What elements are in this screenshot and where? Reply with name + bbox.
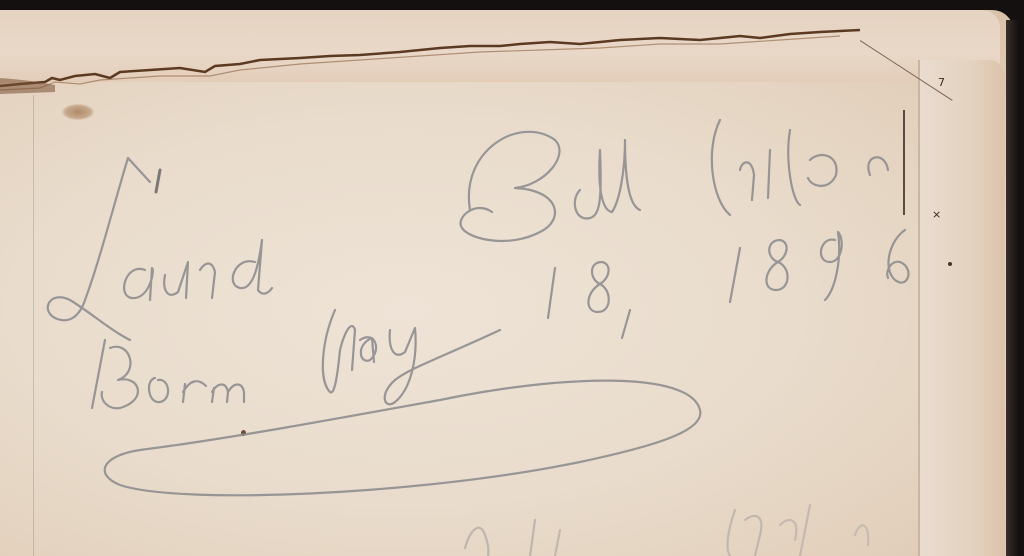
pencil-handwriting <box>0 0 1024 556</box>
